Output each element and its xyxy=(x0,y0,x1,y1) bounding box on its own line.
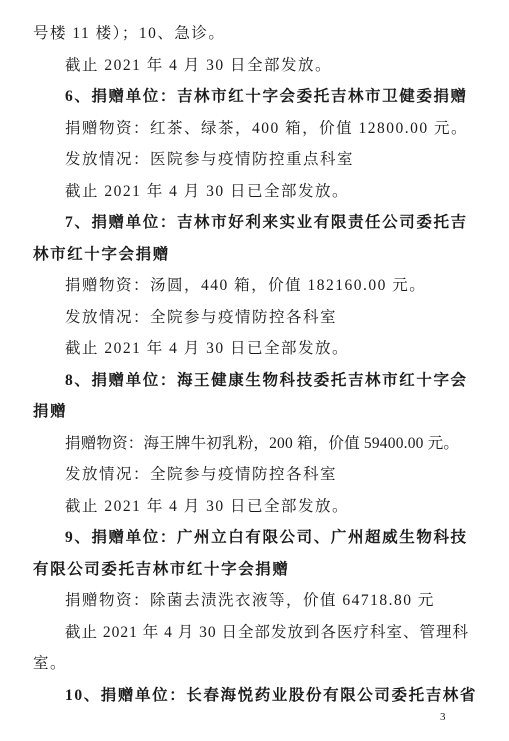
entry-7-heading: 7、捐赠单位：吉林市好利来实业有限责任公司委托吉 xyxy=(33,207,489,239)
document-line: 截止 2021 年 4 月 30 日全部发放。 xyxy=(33,50,489,82)
entry-8-distribution: 发放情况：全院参与疫情防控各科室 xyxy=(33,459,489,491)
entry-7-heading-cont: 林市红十字会捐赠 xyxy=(33,239,489,271)
entry-8-heading-cont: 捐赠 xyxy=(33,396,489,428)
entry-6-heading: 6、捐赠单位：吉林市红十字会委托吉林市卫健委捐赠 xyxy=(33,81,489,113)
entry-8-materials: 捐赠物资：海王牌牛初乳粉，200 箱，价值 59400.00 元。 xyxy=(33,428,489,460)
document-body: 号楼 11 楼）；10、急诊。 截止 2021 年 4 月 30 日全部发放。 … xyxy=(33,18,489,711)
entry-10-heading: 10、捐赠单位：长春海悦药业股份有限公司委托吉林省 xyxy=(33,680,489,712)
entry-6-materials: 捐赠物资：红茶、绿茶，400 箱，价值 12800.00 元。 xyxy=(33,113,489,145)
document-page: 号楼 11 楼）；10、急诊。 截止 2021 年 4 月 30 日全部发放。 … xyxy=(0,0,509,741)
entry-9-heading: 9、捐赠单位：广州立白有限公司、广州超威生物科技 xyxy=(33,522,489,554)
entry-9-materials: 捐赠物资：除菌去渍洗衣液等，价值 64718.80 元 xyxy=(33,585,489,617)
entry-7-deadline: 截止 2021 年 4 月 30 日已全部发放。 xyxy=(33,333,489,365)
page-number: 3 xyxy=(440,710,446,724)
entry-9-heading-cont: 有限公司委托吉林市红十字会捐赠 xyxy=(33,554,489,586)
entry-8-deadline: 截止 2021 年 4 月 30 日已全部发放。 xyxy=(33,491,489,523)
entry-9-deadline-cont: 室。 xyxy=(33,648,489,680)
entry-6-deadline: 截止 2021 年 4 月 30 日已全部发放。 xyxy=(33,176,489,208)
entry-7-materials: 捐赠物资：汤圆，440 箱，价值 182160.00 元。 xyxy=(33,270,489,302)
entry-8-heading: 8、捐赠单位：海王健康生物科技委托吉林市红十字会 xyxy=(33,365,489,397)
document-line: 号楼 11 楼）；10、急诊。 xyxy=(33,18,489,50)
entry-9-deadline: 截止 2021 年 4 月 30 日全部发放到各医疗科室、管理科 xyxy=(33,617,489,649)
entry-7-distribution: 发放情况：全院参与疫情防控各科室 xyxy=(33,302,489,334)
entry-6-distribution: 发放情况：医院参与疫情防控重点科室 xyxy=(33,144,489,176)
